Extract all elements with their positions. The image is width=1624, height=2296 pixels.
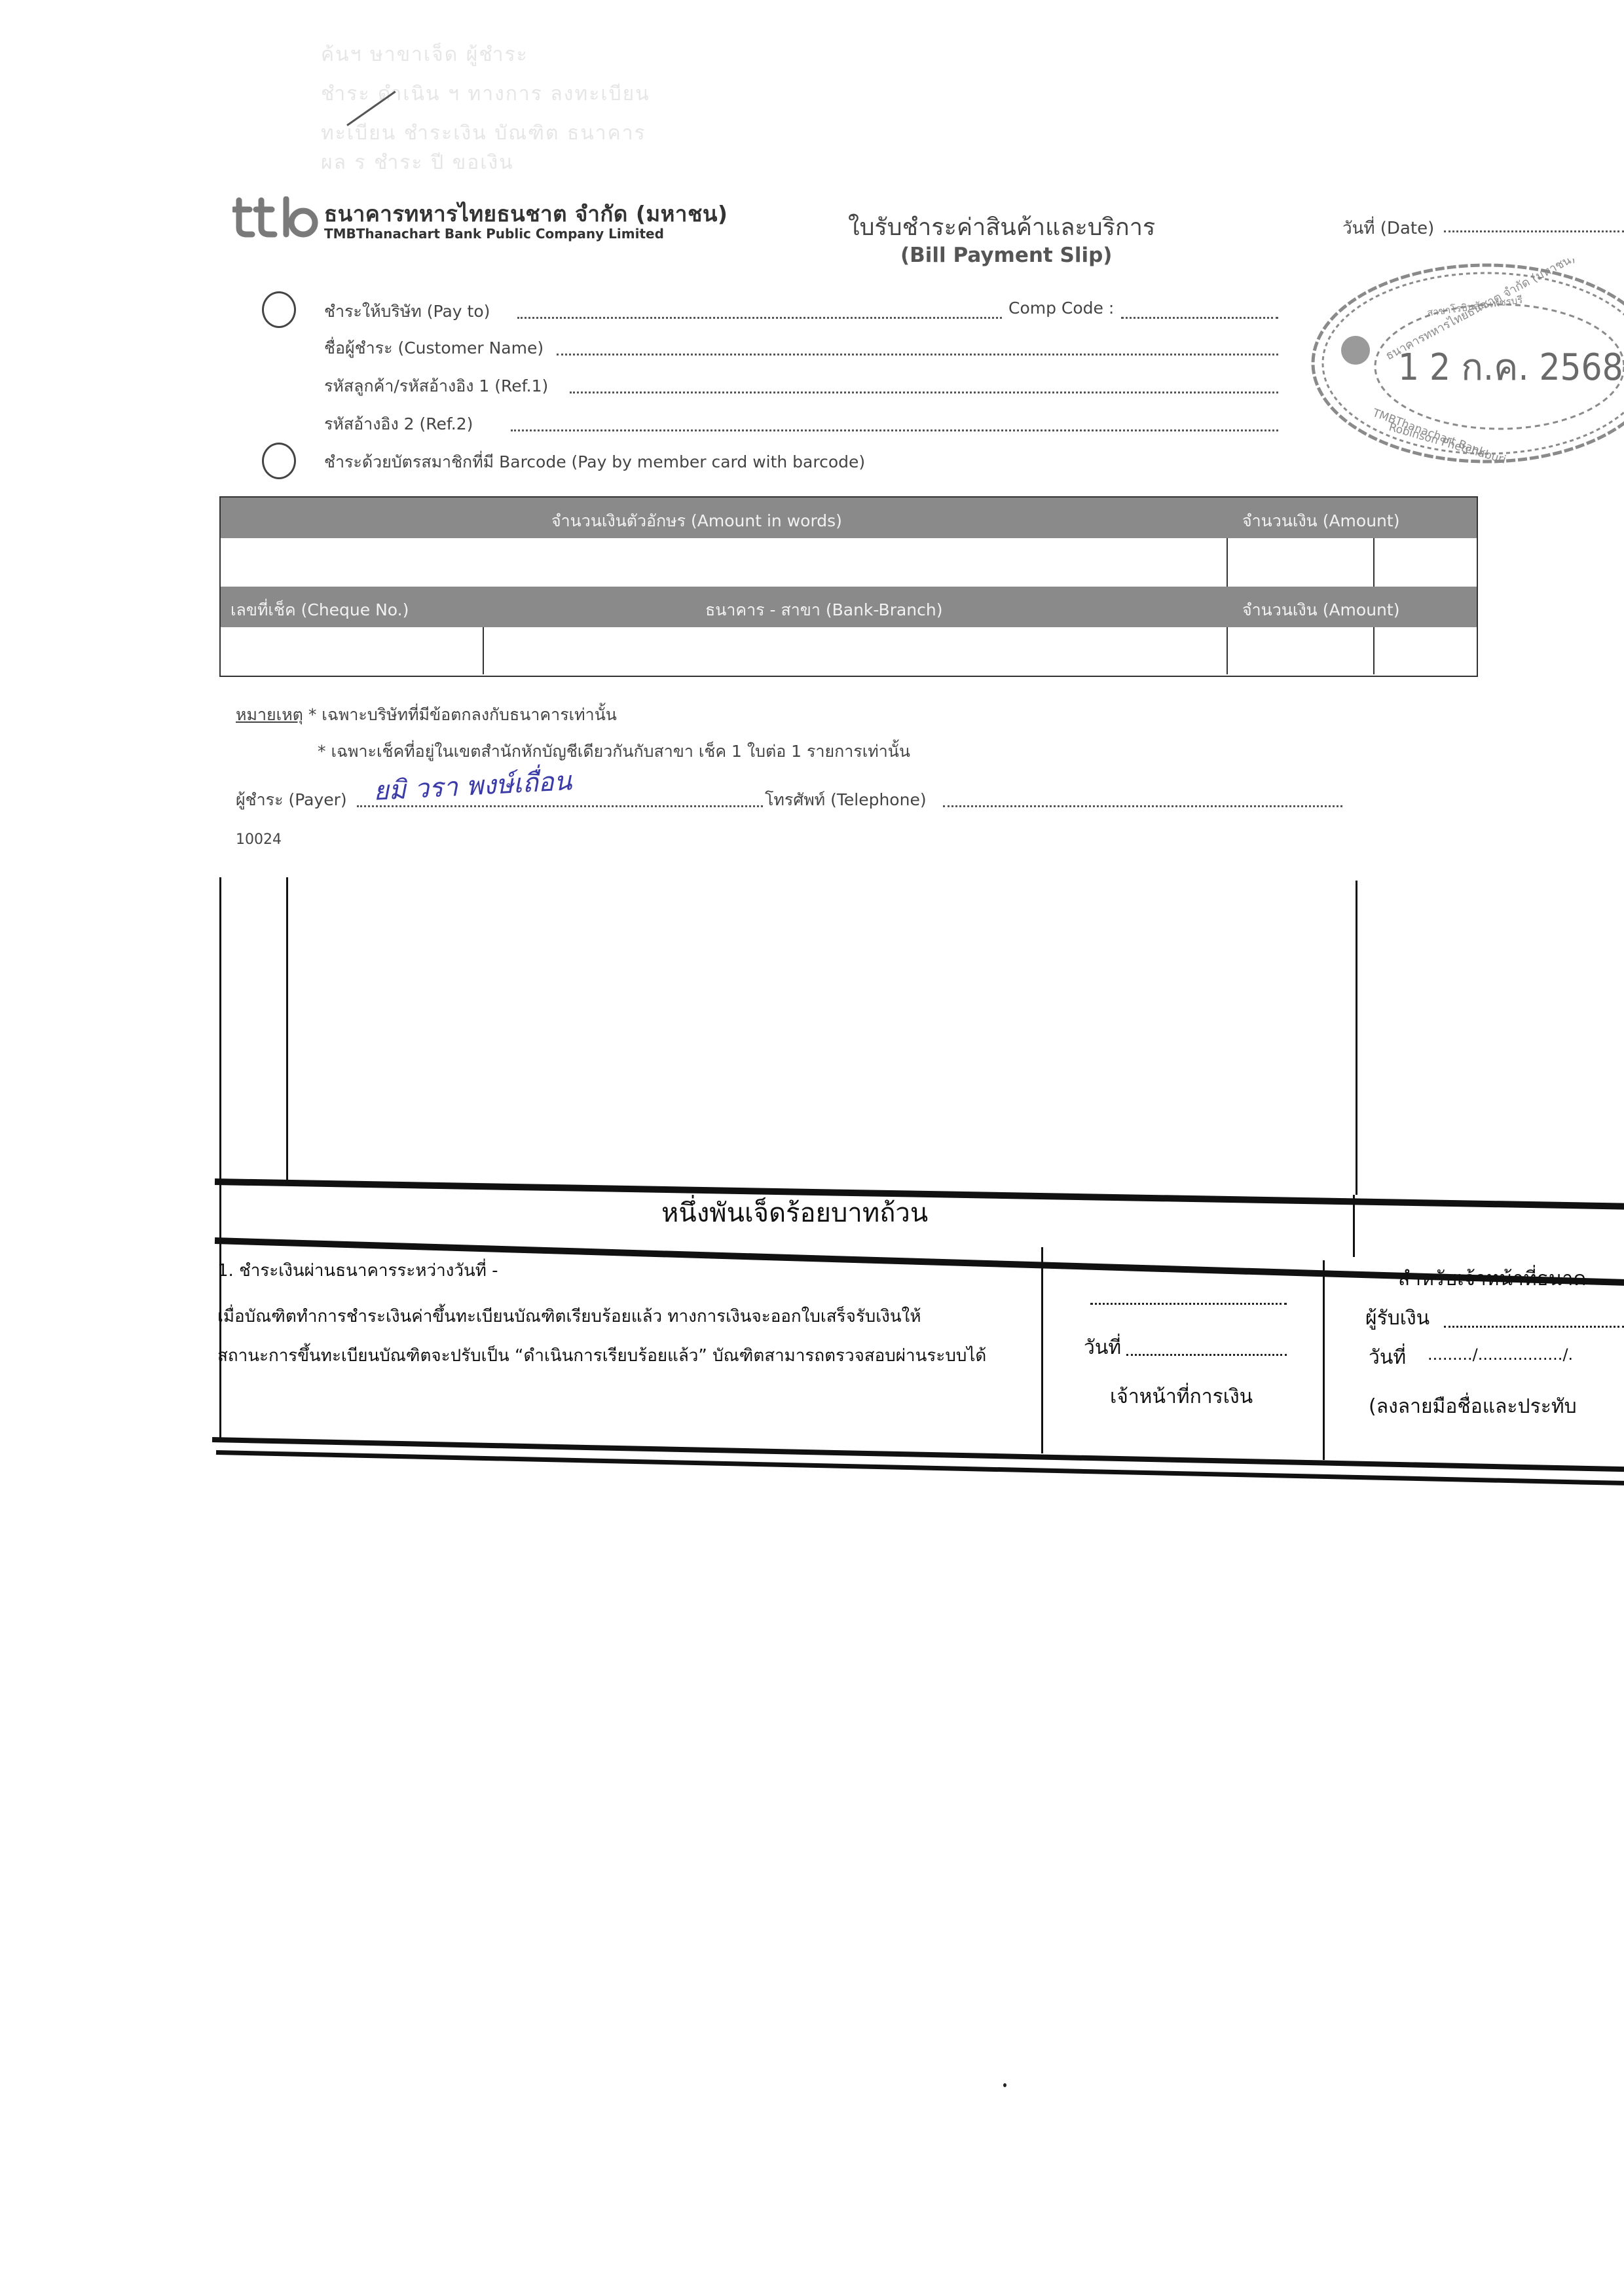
amount-header: จำนวนเงิน (Amount)	[1242, 508, 1399, 534]
slip-title-th: ใบรับชำระค่าสินค้าและบริการ	[848, 208, 1155, 246]
notes-label: หมายเหตุ	[236, 705, 303, 724]
receiver-label: ผู้รับเงิน	[1365, 1303, 1430, 1334]
bank-stamp: ธนาคารทหารไทยธนชาต จำกัด (มหาชน) สาขาโรบ…	[1310, 259, 1624, 468]
bleed-through-text: ผล ร ชำระ ปี ขอเงิน	[321, 147, 514, 178]
bank-branch-cell[interactable]	[484, 627, 1227, 674]
cheque-amount-cell[interactable]	[1228, 627, 1373, 674]
bleed-through-text: ชำระ ดำเนิน ฯ ทางการ ลงทะเบียน	[321, 79, 650, 109]
receiver-field[interactable]	[1444, 1326, 1624, 1328]
cashier-title: เจ้าหน้าที่การเงิน	[1110, 1381, 1253, 1412]
notes-text-1: * เฉพาะบริษัทที่มีข้อตกลงกับธนาคารเท่านั…	[308, 705, 617, 724]
telephone-label: โทรศัพท์ (Telephone)	[765, 787, 927, 813]
divider	[1373, 627, 1375, 674]
slip-title-en: (Bill Payment Slip)	[900, 244, 1112, 267]
amount-cell[interactable]	[1228, 538, 1373, 587]
receipt-note-3: สถานะการขึ้นทะเบียนบัณฑิตจะปรับเป็น “ดำเ…	[217, 1342, 986, 1369]
barcode-radio[interactable]	[262, 443, 296, 479]
date-field[interactable]	[1444, 230, 1624, 232]
bleed-through-text: ค้นฯ ษาขาเจ็ด ผู้ชำระ	[321, 39, 528, 70]
officer-date-field[interactable]: ........./................./.	[1428, 1345, 1573, 1364]
receipt-right-border	[1356, 881, 1357, 1195]
ttb-logo-icon	[232, 196, 324, 238]
receipt-note-1: 1. ชำระเงินผ่านธนาคารระหว่างวันที่ -	[217, 1257, 498, 1284]
payer-signature: ยมิ วรา พงษ์เถื่อน	[373, 759, 573, 812]
ref1-field[interactable]	[570, 392, 1278, 393]
barcode-label: ชำระด้วยบัตรสมาชิกที่มี Barcode (Pay by …	[324, 449, 865, 475]
ref2-field[interactable]	[511, 429, 1278, 431]
receipt-inner-border	[286, 877, 288, 1185]
comp-code-label: Comp Code :	[1008, 299, 1114, 318]
bank-name-en: TMBThanachart Bank Public Company Limite…	[324, 226, 664, 242]
bank-officer-title: สำหรับเจ้าหน้าที่ธนาค	[1398, 1264, 1586, 1294]
payer-label: ผู้ชำระ (Payer)	[236, 787, 347, 813]
bank-branch-header: ธนาคาร - สาขา (Bank-Branch)	[705, 597, 942, 623]
ref1-label: รหัสลูกค้า/รหัสอ้างอิง 1 (Ref.1)	[324, 373, 548, 399]
ref2-label: รหัสอ้างอิง 2 (Ref.2)	[324, 411, 473, 437]
amount-words-cell[interactable]	[221, 538, 1227, 587]
cheque-amount-header: จำนวนเงิน (Amount)	[1242, 597, 1399, 623]
cheque-no-cell[interactable]	[221, 627, 483, 674]
sign-and-stamp-note: (ลงลายมือชื่อและประทับ	[1369, 1391, 1577, 1422]
cheque-no-header: เลขที่เช็ค (Cheque No.)	[231, 597, 409, 623]
customer-name-field[interactable]	[557, 354, 1278, 355]
cashier-date-label: วันที่	[1084, 1332, 1121, 1363]
form-code: 10024	[236, 831, 282, 848]
pay-to-field[interactable]	[517, 317, 1002, 319]
divider	[1373, 538, 1375, 587]
date-label: วันที่ (Date)	[1342, 215, 1434, 242]
amount-words-header: จำนวนเงินตัวอักษร (Amount in words)	[551, 508, 842, 534]
cheque-table-header: เลขที่เช็ค (Cheque No.) ธนาคาร - สาขา (B…	[221, 587, 1477, 627]
scan-speck	[1003, 2083, 1006, 2087]
comp-code-field[interactable]	[1121, 317, 1278, 319]
stamp-date: 1 2 ก.ค. 2568	[1398, 346, 1623, 389]
customer-name-label: ชื่อผู้ชำระ (Customer Name)	[324, 335, 544, 361]
cashier-signature-field[interactable]	[1090, 1303, 1287, 1305]
cashier-date-field[interactable]	[1126, 1354, 1287, 1356]
officer-date-label: วันที่	[1369, 1342, 1406, 1373]
notes-line-2: * เฉพาะเช็คที่อยู่ในเขตสำนักหักบัญชีเดีย…	[318, 738, 910, 765]
telephone-field[interactable]	[943, 805, 1342, 807]
divider	[1041, 1247, 1043, 1453]
bleed-through-text: ทะเบียน ชำระเงิน บัณฑิต ธนาคาร	[321, 118, 646, 149]
amount-in-words-printed: หนึ่งพันเจ็ดร้อยบาทถ้วน	[661, 1192, 928, 1233]
divider	[1323, 1260, 1325, 1460]
notes-line-1: หมายเหตุ * เฉพาะบริษัทที่มีข้อตกลงกับธนา…	[236, 702, 617, 728]
amount-table-header: จำนวนเงินตัวอักษร (Amount in words) จำนว…	[221, 498, 1477, 538]
receipt-note-2: เมื่อบัณฑิตทำการชำระเงินค่าขึ้นทะเบียนบั…	[217, 1303, 921, 1330]
divider	[1353, 1195, 1355, 1257]
amount-table: จำนวนเงินตัวอักษร (Amount in words) จำนว…	[219, 496, 1478, 677]
pay-to-label: ชำระให้บริษัท (Pay to)	[324, 299, 490, 325]
pay-to-radio[interactable]	[262, 291, 296, 328]
